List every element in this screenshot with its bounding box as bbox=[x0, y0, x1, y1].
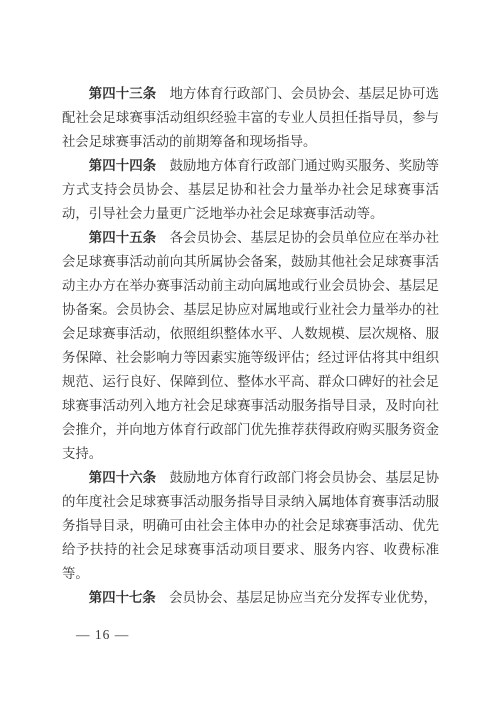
article-number: 第四十六条 bbox=[89, 470, 156, 485]
article-text: 各会员协会、基层足协的会员单位应在举办社会足球赛事活动前向其所属协会备案，鼓励其… bbox=[62, 230, 439, 461]
document-body: 第四十三条地方体育行政部门、会员协会、基层足协可选配社会足球赛事活动组织经验丰富… bbox=[62, 82, 439, 610]
document-page: 第四十三条地方体育行政部门、会员协会、基层足协可选配社会足球赛事活动组织经验丰富… bbox=[0, 0, 500, 707]
article-paragraph: 第四十四条鼓励地方体育行政部门通过购买服务、奖励等方式支持会员协会、基层足协和社… bbox=[62, 154, 439, 226]
article-number: 第四十七条 bbox=[89, 590, 156, 605]
article-text: 会员协会、基层足协应当充分发挥专业优势， bbox=[169, 590, 437, 605]
article-paragraph: 第四十三条地方体育行政部门、会员协会、基层足协可选配社会足球赛事活动组织经验丰富… bbox=[62, 82, 439, 154]
page-number: — 16 — bbox=[76, 627, 129, 643]
article-paragraph: 第四十六条鼓励地方体育行政部门将会员协会、基层足协的年度社会足球赛事活动服务指导… bbox=[62, 466, 439, 586]
article-number: 第四十五条 bbox=[89, 230, 156, 245]
article-paragraph: 第四十五条各会员协会、基层足协的会员单位应在举办社会足球赛事活动前向其所属协会备… bbox=[62, 226, 439, 466]
article-paragraph: 第四十七条会员协会、基层足协应当充分发挥专业优势， bbox=[62, 586, 439, 610]
article-number: 第四十四条 bbox=[89, 158, 156, 173]
article-text: 鼓励地方体育行政部门将会员协会、基层足协的年度社会足球赛事活动服务指导目录纳入属… bbox=[62, 470, 439, 581]
article-number: 第四十三条 bbox=[89, 86, 156, 101]
